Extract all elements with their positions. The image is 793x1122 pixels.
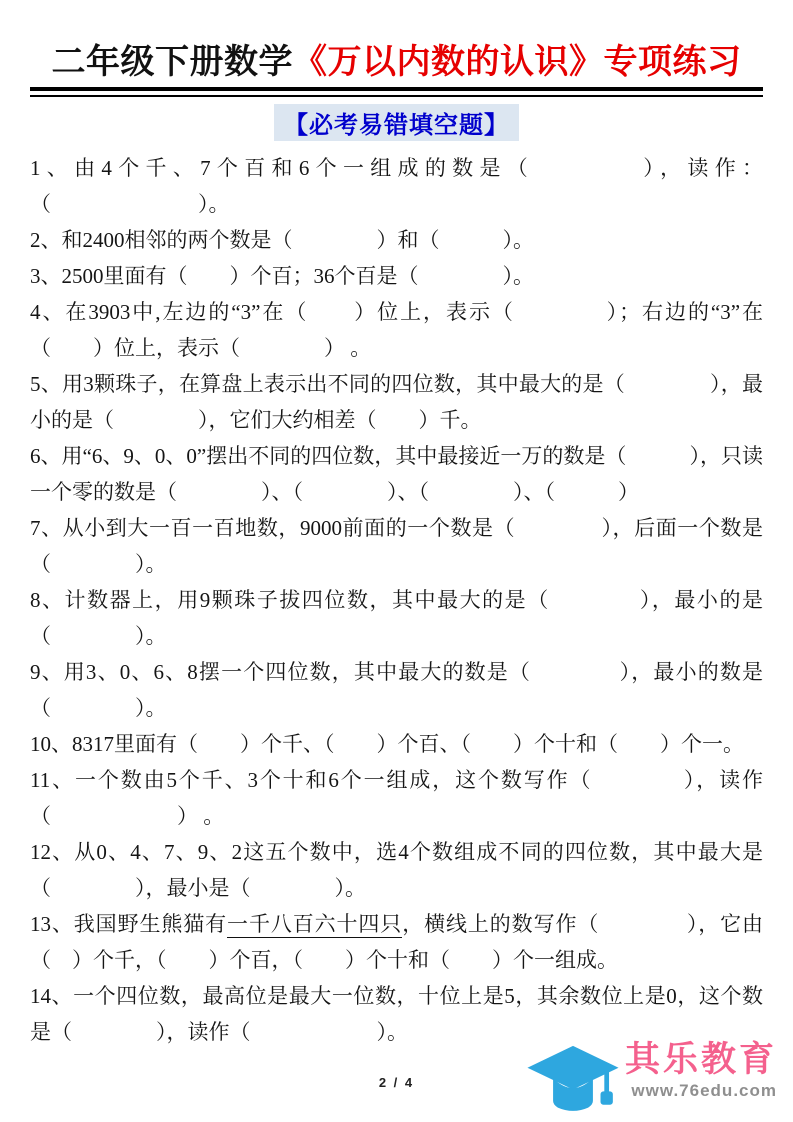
question-text: 7、从小到大一百一百地数，9000前面的一个数是（ ），后面一个数是（ ）。 xyxy=(30,516,763,576)
question-item: 1、由4个千、7个百和6个一组成的数是（ ），读作：（ ）。 xyxy=(30,150,763,222)
question-list: 1、由4个千、7个百和6个一组成的数是（ ），读作：（ ）。2、和2400相邻的… xyxy=(30,150,763,1050)
title-course-part: 二年级下册数学 xyxy=(52,43,294,81)
question-item: 2、和2400相邻的两个数是（ ）和（ ）。 xyxy=(30,222,763,258)
question-item: 3、2500里面有（ ）个百；36个百是（ ）。 xyxy=(30,258,763,294)
question-text: 8、计数器上，用9颗珠子拔四位数，其中最大的是（ ），最小的是（ ）。 xyxy=(30,588,763,648)
question-text: 2、和2400相邻的两个数是（ ）和（ ）。 xyxy=(30,228,534,252)
title-topic-part: 《万以内数的认识》专项练习 xyxy=(293,43,742,81)
question-item: 9、用3、0、6、8摆一个四位数，其中最大的数是（ ），最小的数是（ ）。 xyxy=(30,654,763,726)
title-double-underline xyxy=(30,87,763,97)
question-item: 5、用3颗珠子，在算盘上表示出不同的四位数，其中最大的是（ ），最小的是（ ），… xyxy=(30,366,763,438)
brand-logo: 其乐教育 www.76edu.com xyxy=(525,1040,777,1118)
question-text: 10、8317里面有（ ）个千、（ ）个百、（ ）个十和（ ）个一。 xyxy=(30,732,744,756)
question-text: 12、从0、4、7、9、2这五个数中，选4个数组成不同的四位数，其中最大是（ ）… xyxy=(30,840,763,900)
question-item: 13、我国野生熊猫有一千八百六十四只，横线上的数写作（ ），它由（ ）个千，（ … xyxy=(30,906,763,978)
question-text: 9、用3、0、6、8摆一个四位数，其中最大的数是（ ），最小的数是（ ）。 xyxy=(30,660,763,720)
question-text: 4、在3903中,左边的“3”在（ ）位上，表示（ ）；右边的“3”在（ ）位上… xyxy=(30,300,763,360)
question-text: 5、用3颗珠子，在算盘上表示出不同的四位数，其中最大的是（ ），最小的是（ ），… xyxy=(30,372,763,432)
brand-text-block: 其乐教育 www.76edu.com xyxy=(625,1040,777,1101)
question-item: 10、8317里面有（ ）个千、（ ）个百、（ ）个十和（ ）个一。 xyxy=(30,726,763,762)
question-item: 8、计数器上，用9颗珠子拔四位数，其中最大的是（ ），最小的是（ ）。 xyxy=(30,582,763,654)
question-text: 3、2500里面有（ ）个百；36个百是（ ）。 xyxy=(30,264,534,288)
brand-url: www.76edu.com xyxy=(625,1081,777,1101)
subtitle-row: 【必考易错填空题】 xyxy=(30,104,763,141)
question-text: 13、我国野生熊猫有 xyxy=(30,912,227,936)
graduation-cap-icon xyxy=(525,1044,621,1118)
brand-name: 其乐教育 xyxy=(625,1040,777,1080)
question-item: 11、一个数由5个千、3个十和6个一组成，这个数写作（ ），读作（ ） 。 xyxy=(30,762,763,834)
page-title: 二年级下册数学《万以内数的认识》专项练习 xyxy=(30,40,763,86)
question-text: 14、一个四位数，最高位是最大一位数，十位上是5，其余数位上是0，这个数是（ ）… xyxy=(30,984,763,1044)
question-item: 6、用“6、9、0、0”摆出不同的四位数，其中最接近一万的数是（ ），只读一个零… xyxy=(30,438,763,510)
question-text: 6、用“6、9、0、0”摆出不同的四位数，其中最接近一万的数是（ ），只读一个零… xyxy=(30,444,763,504)
question-text: 11、一个数由5个千、3个十和6个一组成，这个数写作（ ），读作（ ） 。 xyxy=(30,768,763,828)
question-item: 7、从小到大一百一百地数，9000前面的一个数是（ ），后面一个数是（ ）。 xyxy=(30,510,763,582)
question-item: 4、在3903中,左边的“3”在（ ）位上，表示（ ）；右边的“3”在（ ）位上… xyxy=(30,294,763,366)
worksheet-page: 二年级下册数学《万以内数的认识》专项练习 【必考易错填空题】 1、由4个千、7个… xyxy=(0,0,793,1122)
section-subtitle: 【必考易错填空题】 xyxy=(274,104,519,141)
question-item: 12、从0、4、7、9、2这五个数中，选4个数组成不同的四位数，其中最大是（ ）… xyxy=(30,834,763,906)
question-text: 1、由4个千、7个百和6个一组成的数是（ ），读作：（ ）。 xyxy=(30,156,763,216)
question-underlined-text: 一千八百六十四只 xyxy=(227,912,402,938)
